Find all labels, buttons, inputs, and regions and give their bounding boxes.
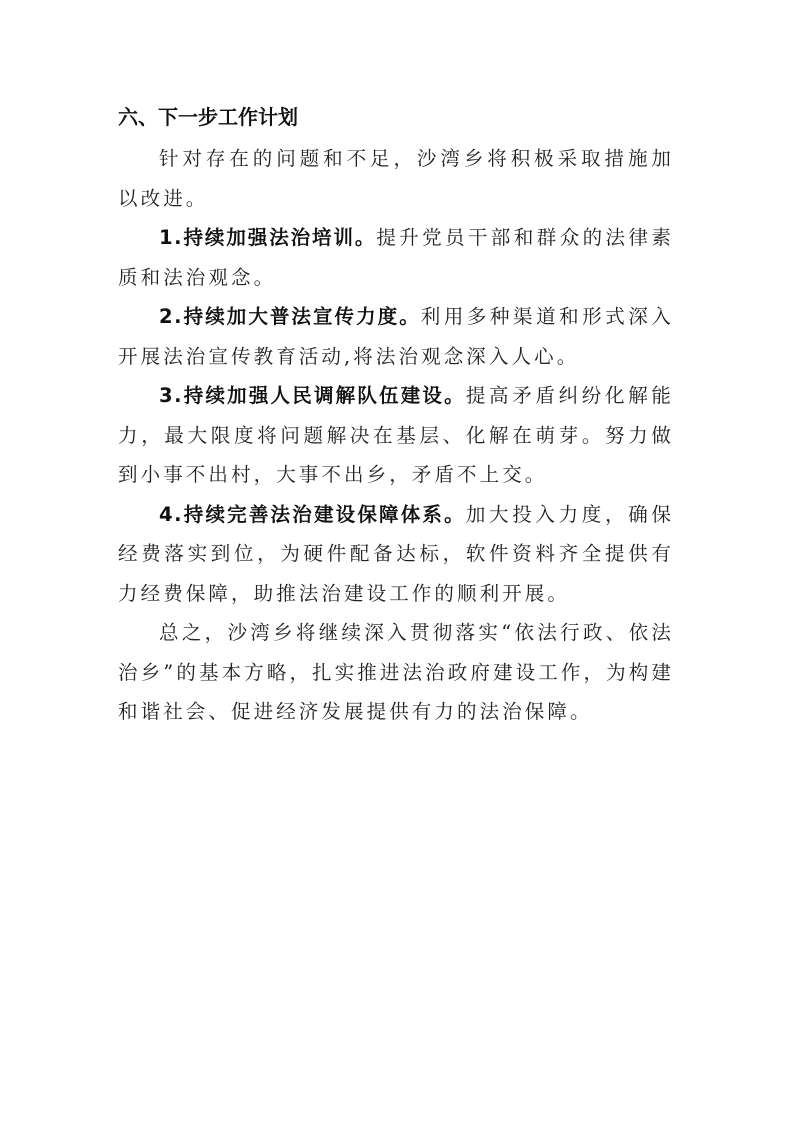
plan-item-4-title: 4.持续完善法治建设保障体系。 xyxy=(159,503,466,526)
plan-item-1: 1.持续加强法治培训。提升党员干部和群众的法律素质和法治观念。 xyxy=(118,218,674,297)
plan-item-2-title: 2.持续加大普法宣传力度。 xyxy=(159,305,421,328)
conclusion-text: 总之，沙湾乡将继续深入贯彻落实“依法行政、依法治乡”的基本方略，扎实推进法治政府… xyxy=(118,621,674,723)
plan-item-1-title: 1.持续加强法治培训。 xyxy=(159,226,376,249)
intro-paragraph: 针对存在的问题和不足，沙湾乡将积极采取措施加以改进。 xyxy=(118,139,674,218)
plan-item-3-title: 3.持续加强人民调解队伍建设。 xyxy=(159,384,466,407)
plan-item-4: 4.持续完善法治建设保障体系。加大投入力度，确保经费落实到位，为硬件配备达标，软… xyxy=(118,495,674,614)
section-heading: 六、下一步工作计划 xyxy=(118,100,674,134)
document-page: 六、下一步工作计划 针对存在的问题和不足，沙湾乡将积极采取措施加以改进。 1.持… xyxy=(118,100,674,732)
plan-item-2: 2.持续加大普法宣传力度。利用多种渠道和形式深入开展法治宣传教育活动,将法治观念… xyxy=(118,297,674,376)
intro-text: 针对存在的问题和不足，沙湾乡将积极采取措施加以改进。 xyxy=(118,147,674,210)
conclusion-paragraph: 总之，沙湾乡将继续深入贯彻落实“依法行政、依法治乡”的基本方略，扎实推进法治政府… xyxy=(118,613,674,732)
plan-item-3: 3.持续加强人民调解队伍建设。提高矛盾纠纷化解能力，最大限度将问题解决在基层、化… xyxy=(118,376,674,495)
